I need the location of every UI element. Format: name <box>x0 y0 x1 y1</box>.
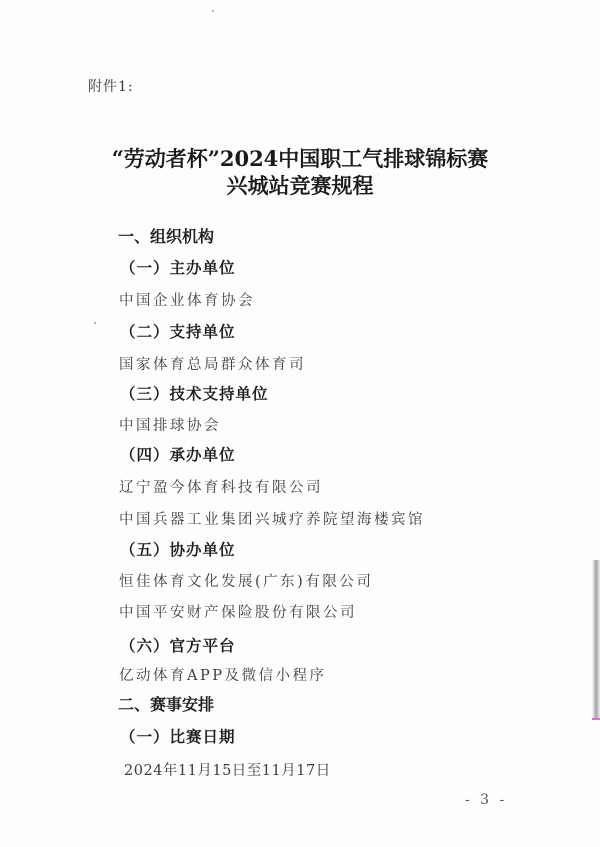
subsection-heading-host: （一）主办单位 <box>120 256 236 278</box>
scan-speck <box>94 322 96 324</box>
page-number: - 3 - <box>465 792 507 808</box>
organizer-2: 中国兵器工业集团兴城疗养院望海楼宾馆 <box>119 508 425 529</box>
subsection-heading-technical-support: （三）技术支持单位 <box>120 382 269 404</box>
official-platform: 亿动体育APP及微信小程序 <box>119 664 326 685</box>
host-organization: 中国企业体育协会 <box>119 289 255 310</box>
document-page: 附件1: “劳动者杯”2024中国职工气排球锦标赛 兴城站竞赛规程 一、组织机构… <box>0 0 600 847</box>
co-organizer-1: 恒佳体育文化发展(广东)有限公司 <box>119 570 373 591</box>
section-heading-schedule: 二、赛事安排 <box>118 692 214 715</box>
subsection-heading-official-platform: （六）官方平台 <box>120 634 236 656</box>
co-organizer-2: 中国平安财产保险股份有限公司 <box>119 601 357 622</box>
match-date: 2024年11月15日至11月17日 <box>124 759 331 780</box>
technical-support-organization: 中国排球协会 <box>119 414 221 435</box>
scan-speck <box>212 10 214 12</box>
subsection-heading-match-date: （一）比赛日期 <box>120 725 236 747</box>
subsection-heading-support: （二）支持单位 <box>120 320 236 342</box>
section-heading-organization: 一、组织机构 <box>118 224 214 247</box>
subsection-heading-organizer: （四）承办单位 <box>120 443 236 465</box>
support-organization: 国家体育总局群众体育司 <box>119 353 306 374</box>
attachment-label: 附件1: <box>88 76 134 96</box>
document-title-line1: “劳动者杯”2024中国职工气排球锦标赛 <box>0 143 600 173</box>
document-title-line2: 兴城站竞赛规程 <box>0 170 600 200</box>
organizer-1: 辽宁盈今体育科技有限公司 <box>119 476 323 497</box>
scan-edge-artifact <box>592 560 600 720</box>
subsection-heading-co-organizer: （五）协办单位 <box>120 538 236 560</box>
